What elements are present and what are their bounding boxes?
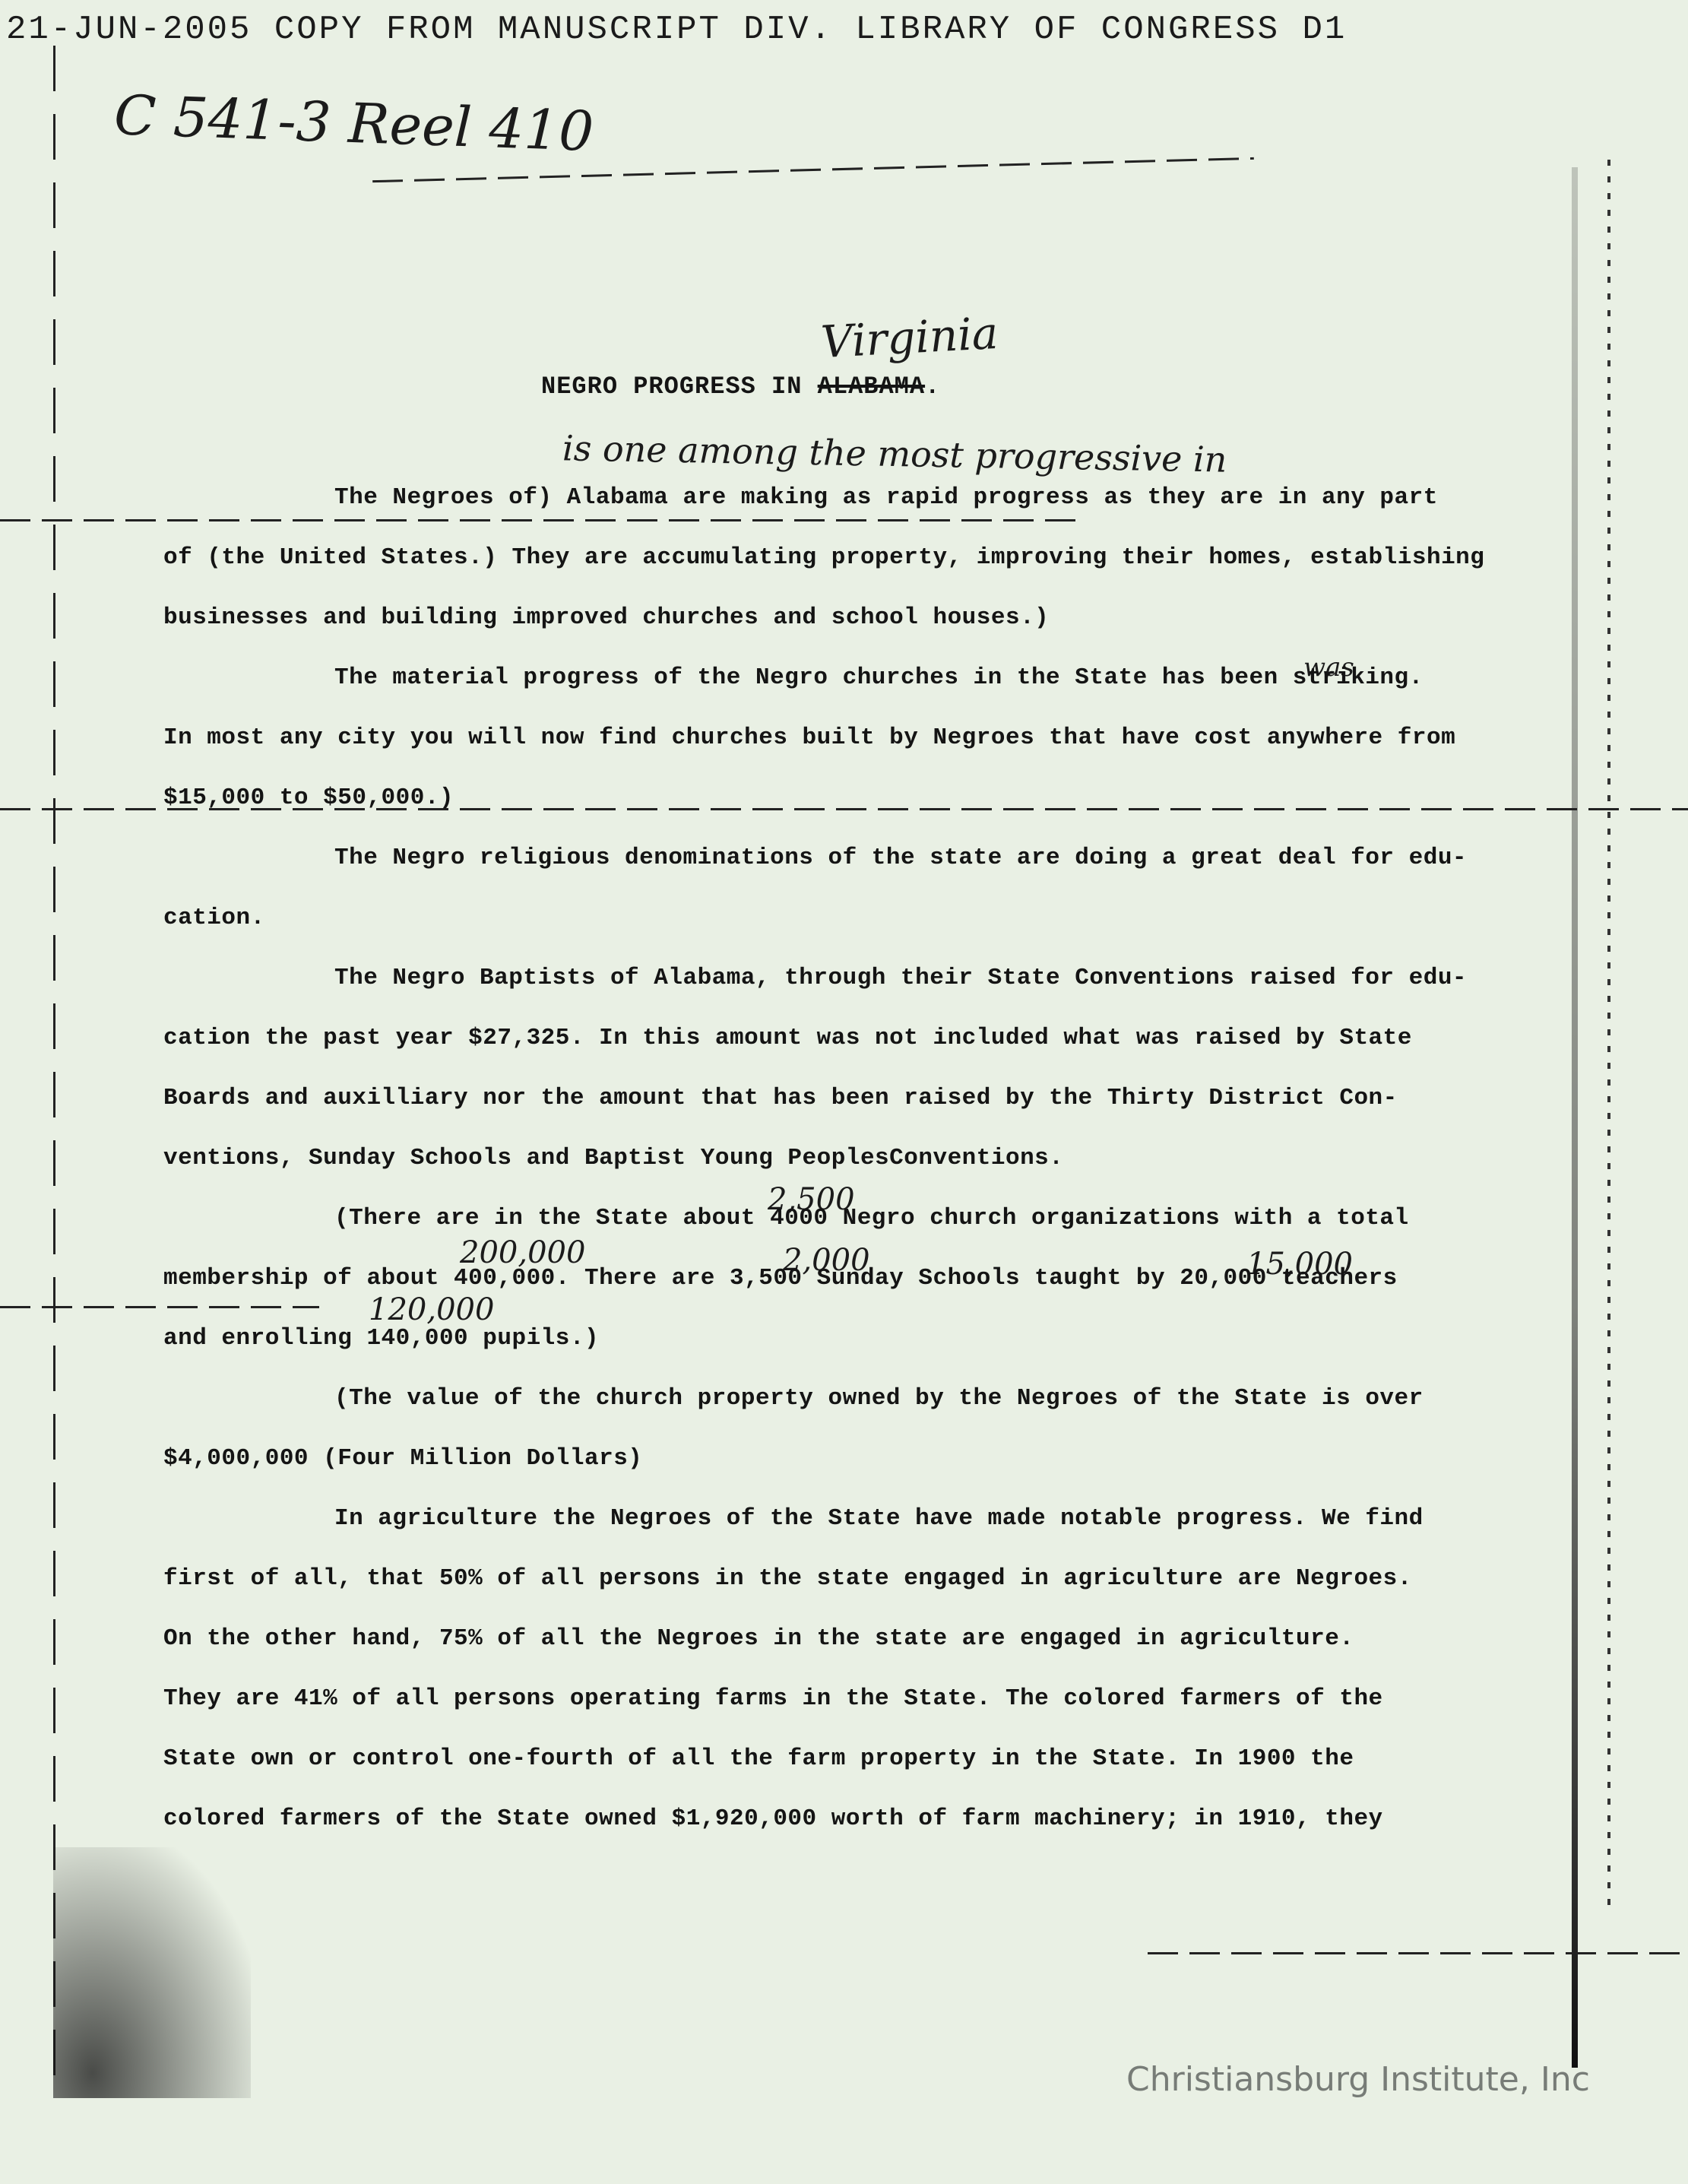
paragraph-7: In agriculture the Negroes of the State … — [163, 1488, 1547, 1849]
paragraph-line: and enrolling 140,000 pupils.) — [163, 1308, 1547, 1368]
paragraph-line: On the other hand, 75% of all the Negroe… — [163, 1609, 1547, 1669]
paragraph-line: In most any city you will now find churc… — [163, 708, 1547, 768]
paragraph-line: Boards and auxilliary nor the amount tha… — [163, 1068, 1547, 1128]
paragraph-line: businesses and building improved churche… — [163, 588, 1547, 648]
paragraph-line: cation the past year $27,325. In this am… — [163, 1008, 1547, 1068]
paragraph-6: (The value of the church property owned … — [163, 1368, 1547, 1488]
paragraph-line: of (the United States.) They are accumul… — [163, 528, 1547, 588]
paragraph-1: The Negroes of) Alabama are making as ra… — [163, 468, 1547, 648]
title-struck-word: ALABAMA — [818, 372, 925, 401]
handwritten-title-replacement: Virginia — [819, 307, 999, 368]
paragraph-line: $4,000,000 (Four Million Dollars) — [163, 1428, 1547, 1488]
title-suffix: . — [925, 372, 940, 401]
paragraph-4: The Negro Baptists of Alabama, through t… — [163, 948, 1547, 1188]
scan-speckle-corner — [53, 1847, 251, 2098]
paragraph-line: (The value of the church property owned … — [163, 1368, 1547, 1428]
dashed-rule-4 — [1148, 1952, 1688, 1954]
paragraph-line: ventions, Sunday Schools and Baptist You… — [163, 1128, 1547, 1188]
paragraph-line: (There are in the State about 4000 Negro… — [163, 1188, 1547, 1248]
paragraph-line: first of all, that 50% of all persons in… — [163, 1548, 1547, 1609]
paragraph-line: The Negroes of) Alabama are making as ra… — [163, 468, 1547, 528]
scan-right-edge-dots — [1607, 160, 1610, 1908]
paragraph-line: cation. — [163, 888, 1547, 948]
scan-right-edge-shadow — [1572, 167, 1578, 2068]
paragraph-line: The Negro Baptists of Alabama, through t… — [163, 948, 1547, 1008]
paragraph-5: (There are in the State about 4000 Negro… — [163, 1188, 1547, 1368]
paragraph-line: The Negro religious denominations of the… — [163, 828, 1547, 888]
paragraph-3: The Negro religious denominations of the… — [163, 828, 1547, 948]
paragraph-line: The material progress of the Negro churc… — [163, 648, 1547, 708]
paragraph-line: In agriculture the Negroes of the State … — [163, 1488, 1547, 1548]
handwritten-call-number: C 541-3 Reel 410 — [113, 83, 595, 163]
paragraph-2: The material progress of the Negro churc… — [163, 648, 1547, 828]
paragraph-line: membership of about 400,000. There are 3… — [163, 1248, 1547, 1308]
watermark: Christiansburg Institute, Inc — [1126, 2060, 1590, 2099]
paragraph-line: They are 41% of all persons operating fa… — [163, 1669, 1547, 1729]
title-prefix: NEGRO PROGRESS IN — [541, 372, 818, 401]
document-body: The Negroes of) Alabama are making as ra… — [163, 468, 1547, 1849]
paragraph-line: $15,000 to $50,000.) — [163, 768, 1547, 828]
document-title: NEGRO PROGRESS IN ALABAMA. — [541, 372, 940, 401]
dashed-rule-top — [372, 157, 1254, 182]
archive-stamp: 21-JUN-2005 COPY FROM MANUSCRIPT DIV. LI… — [6, 11, 1347, 49]
scan-left-edge — [53, 46, 55, 2098]
paragraph-line: State own or control one-fourth of all t… — [163, 1729, 1547, 1789]
paragraph-line: colored farmers of the State owned $1,92… — [163, 1789, 1547, 1849]
